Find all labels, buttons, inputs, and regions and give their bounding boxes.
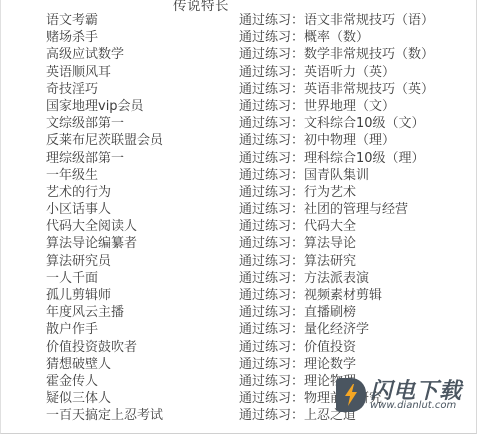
talent-requirement: 通过练习：社团的管理与经营: [239, 201, 408, 218]
talent-name: 疑似三体人: [46, 390, 111, 407]
lightning-bolt-icon: [343, 384, 359, 406]
list-item: 文综级部第一通过练习：文科综合10级（文）: [1, 115, 476, 132]
talent-requirement: 通过练习：国青队集训: [239, 167, 369, 184]
talent-name: 英语顺风耳: [46, 64, 111, 81]
talent-name: 小区话事人: [46, 201, 111, 218]
talent-name: 价值投资鼓吹者: [46, 339, 137, 356]
list-item: 孤儿剪辑师通过练习：视频素材剪辑: [1, 287, 476, 304]
talent-requirement: 通过练习：世界地理（文）: [239, 98, 395, 115]
talent-name: 高级应试数学: [46, 46, 124, 63]
talent-requirement: 通过练习：概率（数）: [239, 29, 369, 46]
talent-requirement: 通过练习：英语听力（英）: [239, 64, 395, 81]
talent-name: 一百天搞定上忍考试: [46, 407, 163, 424]
list-item: 猜想破壁人通过练习：理论数学: [1, 356, 476, 373]
list-item: 奇技淫巧通过练习：英语非常规技巧（英）: [1, 81, 476, 98]
talent-requirement: 通过练习：理科综合10级（理）: [239, 150, 425, 167]
talent-name: 算法研究员: [46, 253, 111, 270]
talent-requirement: 通过练习：直播刷榜: [239, 304, 356, 321]
list-item: 代码大全阅读人通过练习：代码大全: [1, 218, 476, 235]
watermark-badge: [336, 378, 366, 412]
list-item: 理综级部第一通过练习：理科综合10级（理）: [1, 150, 476, 167]
talent-requirement: 通过练习：语文非常规技巧（语）: [239, 12, 434, 29]
talent-requirement: 通过练习：代码大全: [239, 218, 356, 235]
talent-name: 霍金传人: [46, 373, 98, 390]
talent-requirement: 通过练习：初中物理（理）: [239, 132, 395, 149]
list-item: 一人千面通过练习：方法派表演: [1, 270, 476, 287]
list-item: 价值投资鼓吹者通过练习：价值投资: [1, 339, 476, 356]
talent-name: 孤儿剪辑师: [46, 287, 111, 304]
list-item: 赌场杀手通过练习：概率（数）: [1, 29, 476, 46]
talent-name: 语文考霸: [46, 12, 98, 29]
talent-name: 国家地理vip会员: [46, 98, 144, 115]
list-item: 算法研究员通过练习：算法研究: [1, 253, 476, 270]
talent-requirement: 通过练习：行为艺术: [239, 184, 356, 201]
list-item: 高级应试数学通过练习：数学非常规技巧（数）: [1, 46, 476, 63]
talent-requirement: 通过练习：价值投资: [239, 339, 356, 356]
talent-list: 语文考霸通过练习：语文非常规技巧（语） 赌场杀手通过练习：概率（数） 高级应试数…: [1, 12, 476, 425]
talent-requirement: 通过练习：理论数学: [239, 356, 356, 373]
watermark: 闪电下载 www.dianlut.com: [336, 376, 476, 418]
document-frame: 传说特长 语文考霸通过练习：语文非常规技巧（语） 赌场杀手通过练习：概率（数） …: [0, 0, 477, 434]
talent-requirement: 通过练习：量化经济学: [239, 321, 369, 338]
list-item: 小区话事人通过练习：社团的管理与经营: [1, 201, 476, 218]
talent-name: 年度风云主播: [46, 304, 124, 321]
talent-requirement: 通过练习：英语非常规技巧（英）: [239, 81, 434, 98]
talent-requirement: 通过练习：视频素材剪辑: [239, 287, 382, 304]
talent-name: 一年级生: [46, 167, 98, 184]
talent-name: 算法导论编纂者: [46, 235, 137, 252]
list-item: 一年级生通过练习：国青队集训: [1, 167, 476, 184]
talent-requirement: 通过练习：方法派表演: [239, 270, 369, 287]
talent-name: 一人千面: [46, 270, 98, 287]
list-item: 年度风云主播通过练习：直播刷榜: [1, 304, 476, 321]
talent-name: 散户作手: [46, 321, 98, 338]
list-item: 散户作手通过练习：量化经济学: [1, 321, 476, 338]
watermark-url: www.dianlut.com: [370, 400, 456, 411]
talent-requirement: 通过练习：文科综合10级（文）: [239, 115, 425, 132]
talent-requirement: 通过练习：算法导论: [239, 235, 356, 252]
talent-name: 猜想破壁人: [46, 356, 111, 373]
talent-name: 赌场杀手: [46, 29, 98, 46]
talent-name: 代码大全阅读人: [46, 218, 137, 235]
list-item: 艺术的行为通过练习：行为艺术: [1, 184, 476, 201]
talent-name: 理综级部第一: [46, 150, 124, 167]
list-item: 算法导论编纂者通过练习：算法导论: [1, 235, 476, 252]
talent-name: 文综级部第一: [46, 115, 124, 132]
list-item: 国家地理vip会员通过练习：世界地理（文）: [1, 98, 476, 115]
talent-requirement: 通过练习：数学非常规技巧（数）: [239, 46, 434, 63]
talent-requirement: 通过练习：算法研究: [239, 253, 356, 270]
talent-name: 反莱布尼茨联盟会员: [46, 132, 163, 149]
talent-name: 奇技淫巧: [46, 81, 98, 98]
list-item: 反莱布尼茨联盟会员通过练习：初中物理（理）: [1, 132, 476, 149]
list-item: 英语顺风耳通过练习：英语听力（英）: [1, 64, 476, 81]
talent-name: 艺术的行为: [46, 184, 111, 201]
list-item: 语文考霸通过练习：语文非常规技巧（语）: [1, 12, 476, 29]
